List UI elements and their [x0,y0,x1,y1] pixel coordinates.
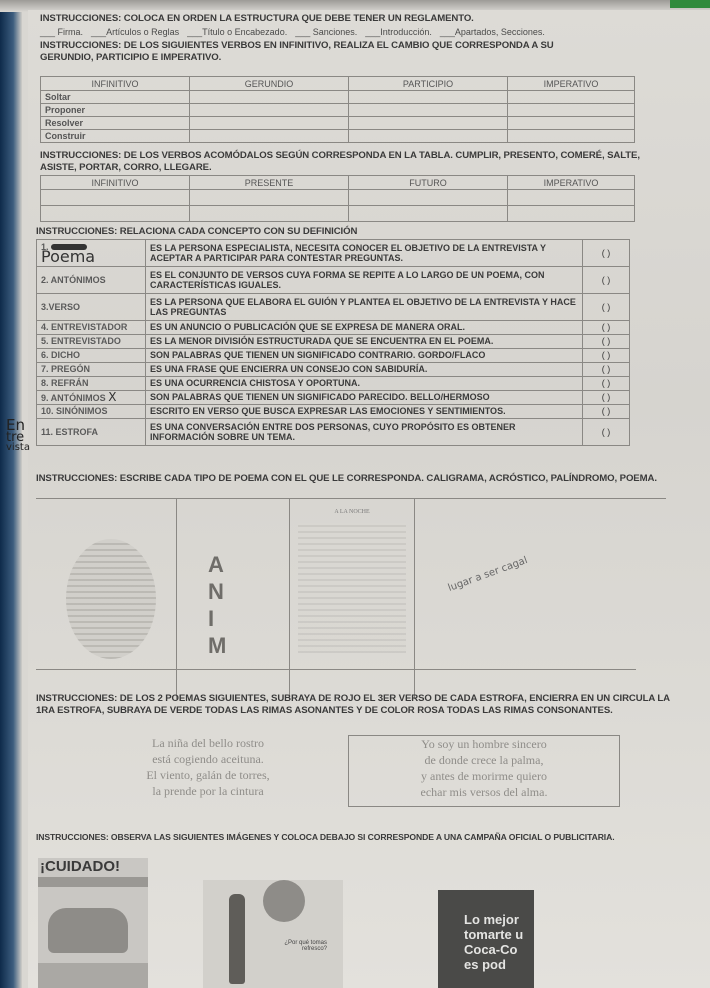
concept-term: 10. SINÓNIMOS [37,405,146,419]
concept-definition: ES UN ANUNCIO O PUBLICACIÓN QUE SE EXPRE… [146,321,583,335]
col-infinitivo: INFINITIVO [41,77,190,91]
poem-types-grid: A N I M A LA NOCHE lugar a ser cagal [36,498,666,699]
answer-paren[interactable]: ( ) [583,321,630,335]
concept-term: 8. REFRÁN [37,377,146,391]
ad-text-line: Lo mejor [464,912,523,927]
instruction-acomodar: INSTRUCCIONES: DE LOS VERBOS ACOMÓDALOS … [40,150,660,173]
verb-table-2: INFINITIVO PRESENTE FUTURO IMPERATIVO [40,175,635,222]
car-icon [48,908,128,953]
answer-cell[interactable] [190,190,349,206]
blank-2[interactable]: ___Artículos o Reglas [91,27,179,37]
concept-term: 5. ENTREVISTADO [37,335,146,349]
acrostic-letter: N [208,578,226,605]
concept-term: 4. ENTREVISTADOR [37,321,146,335]
concept-term: 6. DICHO [37,349,146,363]
instruction-rimas: INSTRUCCIONES: DE LOS 2 POEMAS SIGUIENTE… [36,693,676,716]
blank-4[interactable]: ___ Sanciones. [295,27,357,37]
answer-paren[interactable]: ( ) [583,294,630,321]
poem-verse: la prende por la cintura [68,783,348,799]
instruction-reglamento: INSTRUCCIONES: COLOCA EN ORDEN LA ESTRUC… [40,13,474,25]
col-imperativo: IMPERATIVO [508,77,635,91]
col-imperativo: IMPERATIVO [508,176,635,190]
poem-verse: echar mis versos del alma. [349,784,619,800]
concept-table: 1.Poema ES LA PERSONA ESPECIALISTA, NECE… [36,239,630,446]
col-gerundio: GERUNDIO [190,77,349,91]
worksheet-page: INSTRUCCIONES: COLOCA EN ORDEN LA ESTRUC… [28,10,710,988]
handwritten-x-mark: X [108,390,116,404]
verb-row: Soltar [41,91,190,104]
concept-definition: ESCRITO EN VERSO QUE BUSCA EXPRESAR LAS … [146,405,583,419]
concept-term: 7. PREGÓN [37,363,146,377]
instruction-campana: INSTRUCCIONES: OBSERVA LAS SIGUIENTES IM… [36,832,676,844]
calligram-image [66,539,156,659]
acrostic-letter: A [208,551,226,578]
blank-3[interactable]: ___Título o Encabezado. [187,27,287,37]
ad-text-line: es pod [464,957,523,972]
instruction-tipo-poema: INSTRUCCIONES: ESCRIBE CADA TIPO DE POEM… [36,473,676,485]
acrostic-letter: I [208,605,226,632]
poem-verse: Yo soy un hombre sincero [349,736,619,752]
ad-image-coca-cola: Lo mejor tomarte u Coca-Co es pod [438,890,534,988]
acrostic-letter: M [208,632,226,659]
answer-paren[interactable]: ( ) [583,363,630,377]
concept-definition: ES LA PERSONA ESPECIALISTA, NECESITA CON… [146,240,583,267]
verb-row: Construir [41,130,190,143]
ad-image-cuidado: ¡CUIDADO! [38,858,148,988]
answer-cell[interactable] [508,206,635,222]
answer-cell[interactable] [508,130,635,143]
concept-definition: ES EL CONJUNTO DE VERSOS CUYA FORMA SE R… [146,267,583,294]
answer-paren[interactable]: ( ) [583,419,630,446]
ad-text-line: Coca-Co [464,942,523,957]
answer-paren[interactable]: ( ) [583,335,630,349]
poem-verse: está cogiendo aceituna. [68,751,348,767]
answer-cell[interactable] [349,190,508,206]
poem-verse: y antes de morirme quiero [349,768,619,784]
answer-cell[interactable] [190,117,349,130]
poem-verse: El viento, galán de torres, [68,767,348,783]
instruction-verbos: INSTRUCCIONES: DE LOS SIGUIENTES VERBOS … [40,40,600,63]
poem-body [298,523,406,653]
handwritten-palindrome: lugar a ser cagal [447,555,529,594]
answer-cell[interactable] [508,104,635,117]
answer-cell[interactable] [190,130,349,143]
blank-6[interactable]: ___Apartados, Secciones. [440,27,545,37]
col-infinitivo: INFINITIVO [41,176,190,190]
verb-row: Proponer [41,104,190,117]
poem-title: A LA NOCHE [290,509,414,515]
concept-definition: ES UNA FRASE QUE ENCIERRA UN CONSEJO CON… [146,363,583,377]
poem-2: Yo soy un hombre sincero de donde crece … [348,735,620,807]
col-presente: PRESENTE [190,176,349,190]
answer-cell[interactable] [349,206,508,222]
poem-verse: La niña del bello rostro [68,735,348,751]
acrostic-poem: A N I M [208,551,226,659]
concept-term: 3.VERSO [37,294,146,321]
concept-term: 11. ESTROFA [37,419,146,446]
answer-cell[interactable] [349,117,508,130]
ad-title: ¡CUIDADO! [38,858,148,875]
answer-cell[interactable] [41,190,190,206]
answer-cell[interactable] [41,206,190,222]
concept-definition: ES LA MENOR DIVISIÓN ESTRUCTURADA QUE SE… [146,335,583,349]
ad-image-refresco: ¿Por qué tomas refresco? [203,880,343,988]
ad-text-line: tomarte u [464,927,523,942]
poem-verse: de donde crece la palma, [349,752,619,768]
blank-5[interactable]: ___Introducción. [365,27,432,37]
concept-term: 9. ANTÓNIMOS X [37,391,146,405]
answer-cell[interactable] [508,117,635,130]
bottle-icon [229,894,245,984]
poem-1: La niña del bello rostro está cogiendo a… [68,735,349,805]
verb-row: Resolver [41,117,190,130]
blank-1[interactable]: ___ Firma. [40,27,83,37]
answer-paren[interactable]: ( ) [583,391,630,405]
concept-definition: ES UNA CONVERSACIÓN ENTRE DOS PERSONAS, … [146,419,583,446]
margin-note: vista [6,442,30,453]
instruction-relaciona: INSTRUCCIONES: RELACIONA CADA CONCEPTO C… [36,226,357,238]
answer-cell[interactable] [190,91,349,104]
concept-definition: ES UNA OCURRENCIA CHISTOSA Y OPORTUNA. [146,377,583,391]
answer-cell[interactable] [508,91,635,104]
concept-term: 2. ANTÓNIMOS [37,267,146,294]
ad-caption: ¿Por qué tomas refresco? [267,940,327,952]
concept-definition: SON PALABRAS QUE TIENEN UN SIGNIFICADO C… [146,349,583,363]
answer-cell[interactable] [349,130,508,143]
answer-paren[interactable]: ( ) [583,349,630,363]
answer-paren[interactable]: ( ) [583,267,630,294]
answer-cell[interactable] [508,190,635,206]
handwritten-answer: Poema [41,247,95,266]
background-edge [0,0,22,988]
badge-circle [263,880,305,922]
answer-paren[interactable]: ( ) [583,405,630,419]
background-object [670,0,710,8]
col-futuro: FUTURO [349,176,508,190]
answer-cell[interactable] [190,206,349,222]
concept-definition: ES LA PERSONA QUE ELABORA EL GUIÓN Y PLA… [146,294,583,321]
concept-term-1: 1.Poema [37,240,146,267]
answer-paren[interactable]: ( ) [583,377,630,391]
answer-cell[interactable] [190,104,349,117]
answer-paren[interactable]: ( ) [583,240,630,267]
reglamento-items: ___ Firma. ___Artículos o Reglas ___Títu… [40,27,680,37]
answer-cell[interactable] [349,104,508,117]
verb-table-1: INFINITIVO GERUNDIO PARTICIPIO IMPERATIV… [40,76,635,143]
answer-cell[interactable] [349,91,508,104]
col-participio: PARTICIPIO [349,77,508,91]
concept-definition: SON PALABRAS QUE TIENEN UN SIGNIFICADO P… [146,391,583,405]
